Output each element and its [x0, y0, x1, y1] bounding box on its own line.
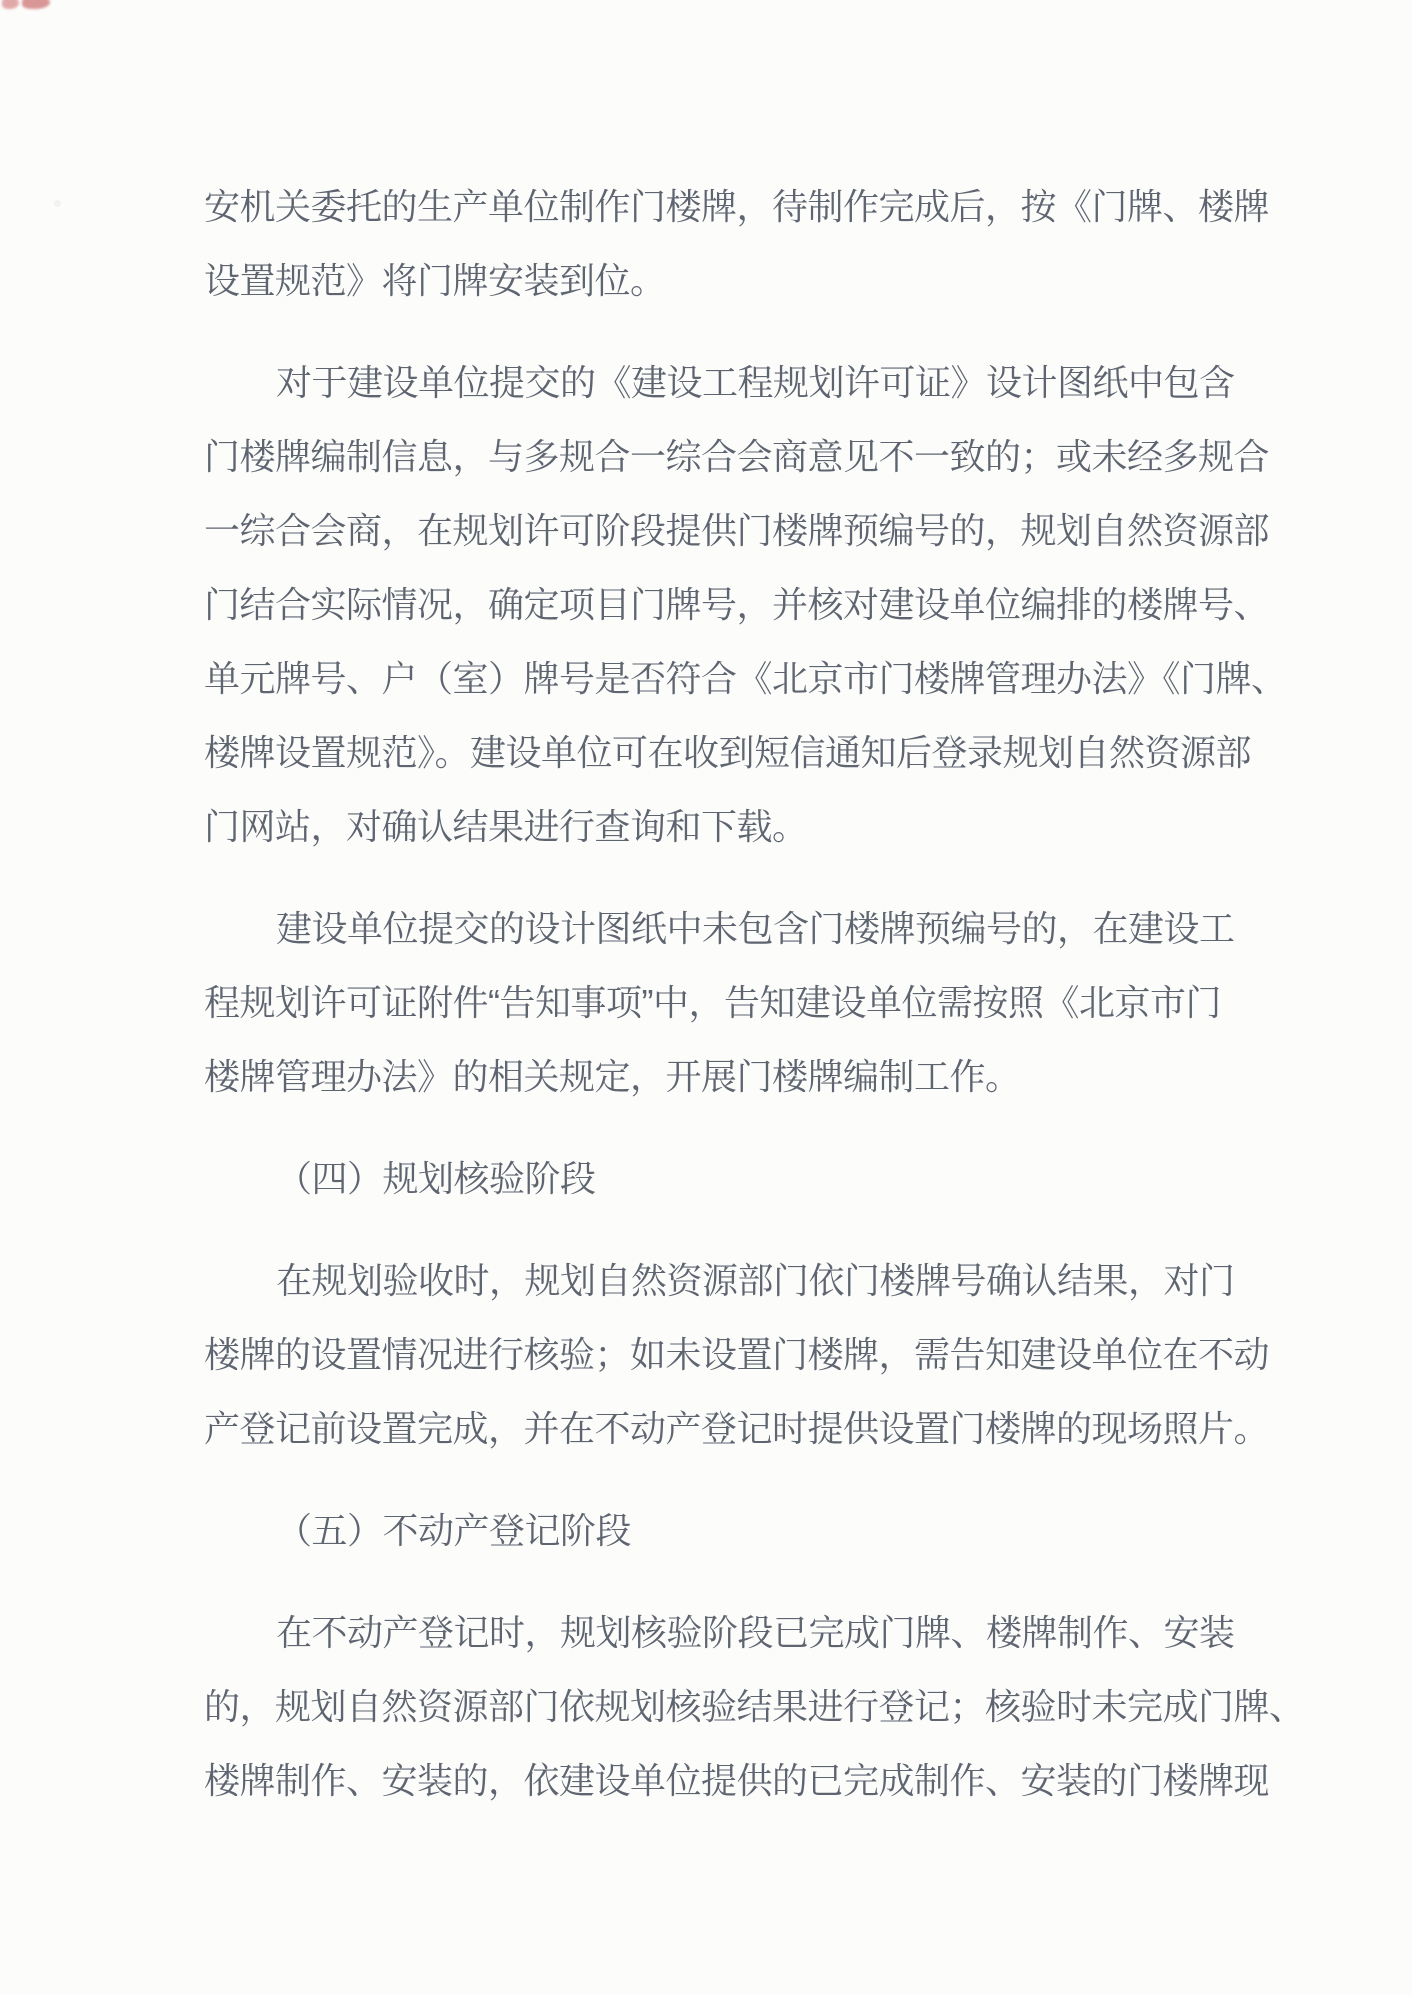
- text-line: 设置规范》将门牌安装到位。: [204, 244, 1270, 318]
- text-line: 在规划验收时，规划自然资源部门依门楼牌号确认结果，对门: [204, 1244, 1270, 1318]
- red-ink-mark: [2, 0, 19, 9]
- section-heading: （四）规划核验阶段: [204, 1142, 1270, 1216]
- scanned-document-page: 安机关委托的生产单位制作门楼牌，待制作完成后，按《门牌、楼牌设置规范》将门牌安装…: [0, 0, 1412, 1995]
- text-line: 楼牌设置规范》。建设单位可在收到短信通知后登录规划自然资源部: [204, 716, 1270, 790]
- document-body: 安机关委托的生产单位制作门楼牌，待制作完成后，按《门牌、楼牌设置规范》将门牌安装…: [204, 170, 1270, 1846]
- section-heading: （五）不动产登记阶段: [204, 1494, 1270, 1568]
- text-line: 产登记前设置完成，并在不动产登记时提供设置门楼牌的现场照片。: [204, 1392, 1270, 1466]
- text-line: 的，规划自然资源部门依规划核验结果进行登记；核验时未完成门牌、: [204, 1670, 1270, 1744]
- paragraph: 建设单位提交的设计图纸中未包含门楼牌预编号的，在建设工程规划许可证附件“告知事项…: [204, 892, 1270, 1114]
- text-line: 程规划许可证附件“告知事项”中，告知建设单位需按照《北京市门: [204, 966, 1270, 1040]
- scan-speckle: [54, 200, 61, 207]
- text-line: 单元牌号、户（室）牌号是否符合《北京市门楼牌管理办法》《门牌、: [204, 642, 1270, 716]
- paragraph: 在不动产登记时，规划核验阶段已完成门牌、楼牌制作、安装的，规划自然资源部门依规划…: [204, 1596, 1270, 1818]
- paragraph: 对于建设单位提交的《建设工程规划许可证》设计图纸中包含门楼牌编制信息，与多规合一…: [204, 346, 1270, 864]
- text-line: 建设单位提交的设计图纸中未包含门楼牌预编号的，在建设工: [204, 892, 1270, 966]
- text-line: 楼牌管理办法》的相关规定，开展门楼牌编制工作。: [204, 1040, 1270, 1114]
- text-line: 门楼牌编制信息，与多规合一综合会商意见不一致的；或未经多规合: [204, 420, 1270, 494]
- text-line: 门结合实际情况，确定项目门牌号，并核对建设单位编排的楼牌号、: [204, 568, 1270, 642]
- text-line: 楼牌制作、安装的，依建设单位提供的已完成制作、安装的门楼牌现: [204, 1744, 1270, 1818]
- heading-line: （五）不动产登记阶段: [204, 1494, 1270, 1568]
- red-ink-mark: [22, 0, 50, 9]
- paragraph: 在规划验收时，规划自然资源部门依门楼牌号确认结果，对门楼牌的设置情况进行核验；如…: [204, 1244, 1270, 1466]
- text-line: 对于建设单位提交的《建设工程规划许可证》设计图纸中包含: [204, 346, 1270, 420]
- text-line: 楼牌的设置情况进行核验；如未设置门楼牌，需告知建设单位在不动: [204, 1318, 1270, 1392]
- text-line: 安机关委托的生产单位制作门楼牌，待制作完成后，按《门牌、楼牌: [204, 170, 1270, 244]
- text-line: 在不动产登记时，规划核验阶段已完成门牌、楼牌制作、安装: [204, 1596, 1270, 1670]
- heading-line: （四）规划核验阶段: [204, 1142, 1270, 1216]
- text-line: 门网站，对确认结果进行查询和下载。: [204, 790, 1270, 864]
- paragraph: 安机关委托的生产单位制作门楼牌，待制作完成后，按《门牌、楼牌设置规范》将门牌安装…: [204, 170, 1270, 318]
- text-line: 一综合会商，在规划许可阶段提供门楼牌预编号的，规划自然资源部: [204, 494, 1270, 568]
